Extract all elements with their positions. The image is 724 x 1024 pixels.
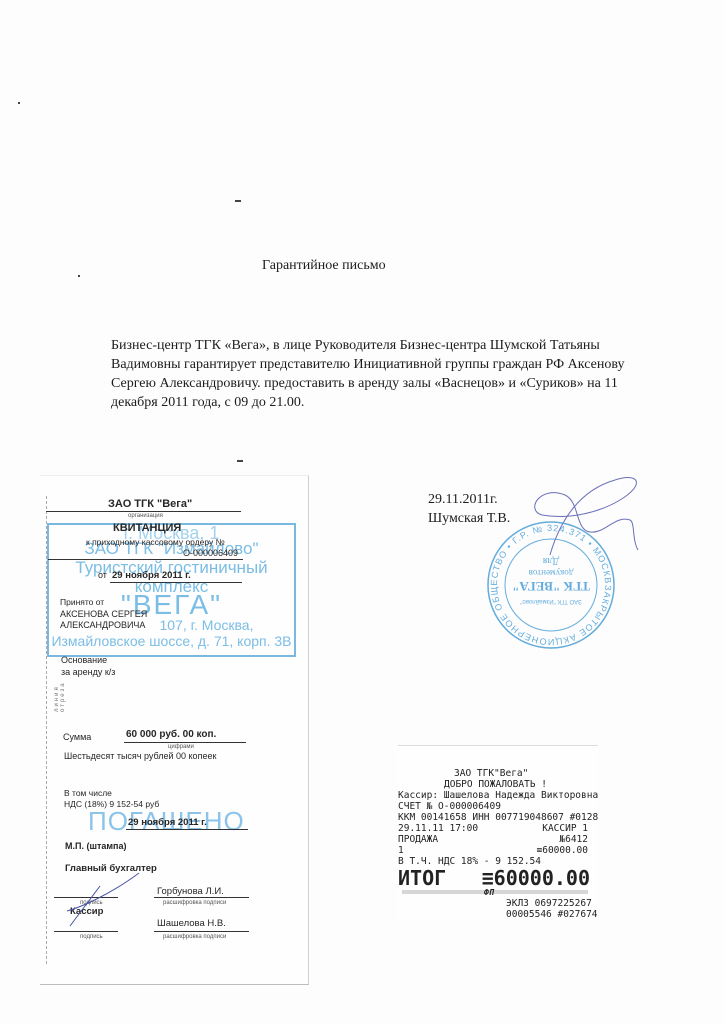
receipt-order-number: О-000006409	[183, 548, 238, 558]
cheque-org: ЗАО ТГК"Вега"	[454, 768, 528, 779]
scan-speck	[237, 460, 243, 462]
svg-text:Для: Для	[542, 555, 559, 566]
receipt-order-label: к приходному кассовому ордеру №	[86, 537, 225, 547]
sum-label: Сумма	[63, 732, 91, 742]
receipt-date: 29 ноября 2011 г.	[112, 570, 191, 581]
receipt-title: КВИТАНЦИЯ	[113, 522, 181, 534]
fp-band	[402, 890, 588, 894]
decode-caption: расшифровка подписи	[163, 900, 226, 906]
cheque-cashier-no: КАССИР 1	[542, 823, 588, 834]
letter-body: Бизнес-центр ТГК «Вега», в лице Руководи…	[111, 336, 676, 412]
letter-line: Вадимовны гарантирует представителю Иниц…	[111, 355, 676, 374]
cheque-footer: 00005546 #027674	[506, 909, 598, 920]
letter-line: Бизнес-центр ТГК «Вега», в лице Руководи…	[111, 336, 676, 355]
cheque-fp: ФП	[484, 887, 494, 898]
round-company-stamp-icon: ЗАКРЫТОЕ АКЦИОНЕРНОЕ ОБЩЕСТВО • Г.Р. № 3…	[486, 520, 616, 650]
sum-caption: цифрами	[168, 744, 194, 750]
mp-label: М.П. (штампа)	[65, 841, 126, 851]
received-from-line2: АЛЕКСАНДРОВИЧА	[60, 620, 145, 630]
receipt-date-prefix: от	[98, 570, 107, 580]
accountant-signature-icon	[65, 871, 140, 931]
cash-receipt-slip: линия отреза г. Москва, 1 ЗАО ТГК "Измай…	[40, 475, 309, 985]
sign-caption: подпись	[80, 934, 103, 940]
received-from-line1: АКСЕНОВА СЕРГЕЯ	[60, 609, 147, 619]
letter-date: 29.11.2011г.	[428, 490, 510, 509]
receipt-org: ЗАО ТГК "Вега"	[108, 498, 192, 510]
cheque-kkm: ККМ 00141658 ИНН 007719048607 #0128	[398, 812, 598, 823]
scan-speck	[78, 275, 80, 277]
cheque-cashier: Кассир: Шашелова Надежда Викторовна	[398, 790, 598, 801]
svg-text:документов: документов	[529, 568, 574, 578]
letter-line: декабря 2011 года, с 09 до 21.00.	[111, 393, 676, 412]
cheque-eklz: ЭКЛЗ 0697225267	[506, 898, 592, 909]
svg-text:ЗАО ТГК "Измайлово": ЗАО ТГК "Измайлово"	[520, 598, 581, 605]
basis-label: Основание	[61, 655, 107, 665]
stamp-line: Измайловское шоссе, д. 71, корп. 3В	[49, 633, 294, 649]
sum-value: 60 000 руб. 00 коп.	[126, 729, 216, 740]
cheque-qty: 1	[398, 845, 404, 856]
basis-value: за аренду к/з	[61, 667, 115, 677]
received-from-label: Принято от	[60, 597, 104, 607]
cheque-account: СЧЕТ № О-000006409	[398, 801, 501, 812]
cheque-datetime: 29.11.11 17:00	[398, 823, 478, 834]
cheque-doc-no: №6412	[559, 834, 588, 845]
bottom-date: 29 ноября 2011 г.	[128, 817, 207, 828]
cashier-name: Шашелова Н.В.	[157, 918, 226, 929]
scan-speck	[18, 102, 20, 104]
receipt-org-caption: организация	[128, 513, 163, 519]
chief-accountant-name: Горбунова Л.И.	[157, 886, 224, 897]
cheque-line-amount: ≡60000.00	[537, 845, 588, 856]
incl-label: В том числе	[64, 788, 112, 798]
svg-text:ТГК "ВЕГА": ТГК "ВЕГА"	[512, 579, 590, 594]
cheque-total: ≡60000.00	[482, 867, 590, 889]
cash-register-receipt: ЗАО ТГК"Вега" ДОБРО ПОЖАЛОВАТЬ ! Кассир:…	[398, 745, 598, 921]
letter-title: Гарантийное письмо	[262, 258, 386, 274]
decode-caption: расшифровка подписи	[163, 934, 226, 940]
sum-words: Шестьдесят тысяч рублей 00 копеек	[64, 751, 216, 761]
cheque-welcome: ДОБРО ПОЖАЛОВАТЬ !	[444, 779, 547, 790]
cheque-sale: ПРОДАЖА	[398, 834, 438, 845]
cheque-total-label: ИТОГ	[398, 867, 446, 889]
scan-speck	[235, 200, 241, 202]
letter-line: Сергею Александровичу. предоставить в ар…	[111, 374, 676, 393]
